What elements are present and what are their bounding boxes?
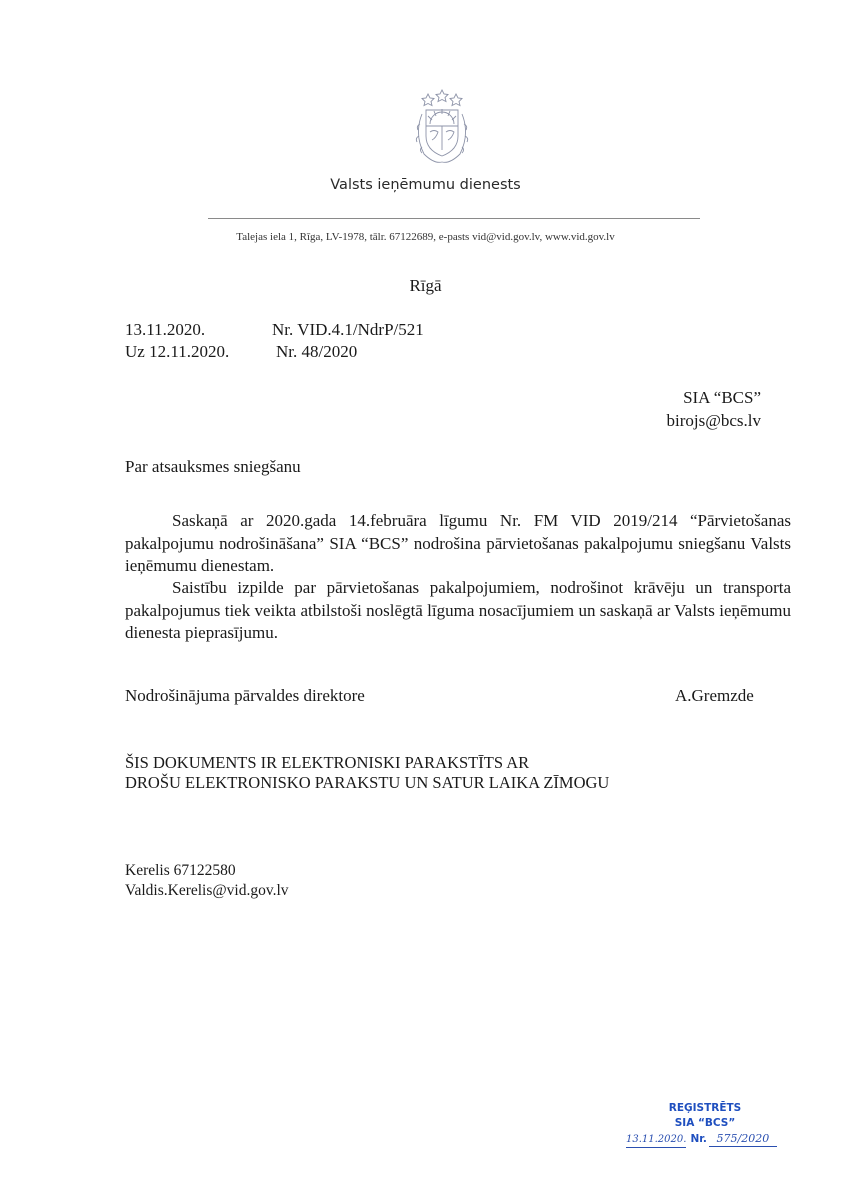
esign-note-line: ŠIS DOKUMENTS IR ELEKTRONISKI PARAKSTĪTS… <box>125 753 609 773</box>
stamp-number-label: Nr. <box>690 1133 706 1145</box>
document-date: 13.11.2020. <box>125 320 272 340</box>
contact-person-phone: Kerelis 67122580 <box>125 861 289 881</box>
stamp-date: 13.11.2020. <box>626 1132 686 1148</box>
document-reference: 13.11.2020.Nr. VID.4.1/NdrP/521 <box>125 320 424 340</box>
body-paragraph: Saistību izpilde par pārvietošanas pakal… <box>125 577 791 645</box>
organization-name: Valsts ieņēmumu dienests <box>0 177 851 193</box>
stamp-company: SIA “BCS” <box>640 1116 770 1131</box>
recipient-email: birojs@bcs.lv <box>666 409 761 432</box>
stamp-title: REĢISTRĒTS <box>640 1101 770 1116</box>
latvia-coat-of-arms-icon <box>410 84 474 168</box>
header-divider <box>208 218 700 219</box>
stamp-number: 575/2020 <box>709 1131 777 1147</box>
letter-subject: Par atsauksmes sniegšanu <box>125 457 301 477</box>
recipient-block: SIA “BCS” birojs@bcs.lv <box>666 386 761 432</box>
contact-person: Kerelis 67122580 Valdis.Kerelis@vid.gov.… <box>125 861 289 901</box>
signer-name: A.Gremzde <box>675 686 754 706</box>
contact-person-email: Valdis.Kerelis@vid.gov.lv <box>125 881 289 901</box>
reply-to-number: Nr. 48/2020 <box>276 342 357 362</box>
place-of-issue: Rīgā <box>0 276 851 296</box>
document-number: Nr. VID.4.1/NdrP/521 <box>272 320 424 340</box>
registration-stamp: REĢISTRĒTS SIA “BCS” 13.11.2020.Nr.575/2… <box>640 1101 770 1148</box>
reply-reference: Uz 12.11.2020.Nr. 48/2020 <box>125 342 357 362</box>
organization-contact-line: Talejas iela 1, Rīga, LV-1978, tālr. 671… <box>0 231 851 243</box>
signer-title: Nodrošinājuma pārvaldes direktore <box>125 686 365 706</box>
esign-note-line: DROŠU ELEKTRONISKO PARAKSTU UN SATUR LAI… <box>125 773 609 793</box>
recipient-name: SIA “BCS” <box>666 386 761 409</box>
body-paragraph: Saskaņā ar 2020.gada 14.februāra līgumu … <box>125 510 791 578</box>
electronic-signature-note: ŠIS DOKUMENTS IR ELEKTRONISKI PARAKSTĪTS… <box>125 753 609 793</box>
reply-to-date: Uz 12.11.2020. <box>125 342 276 362</box>
